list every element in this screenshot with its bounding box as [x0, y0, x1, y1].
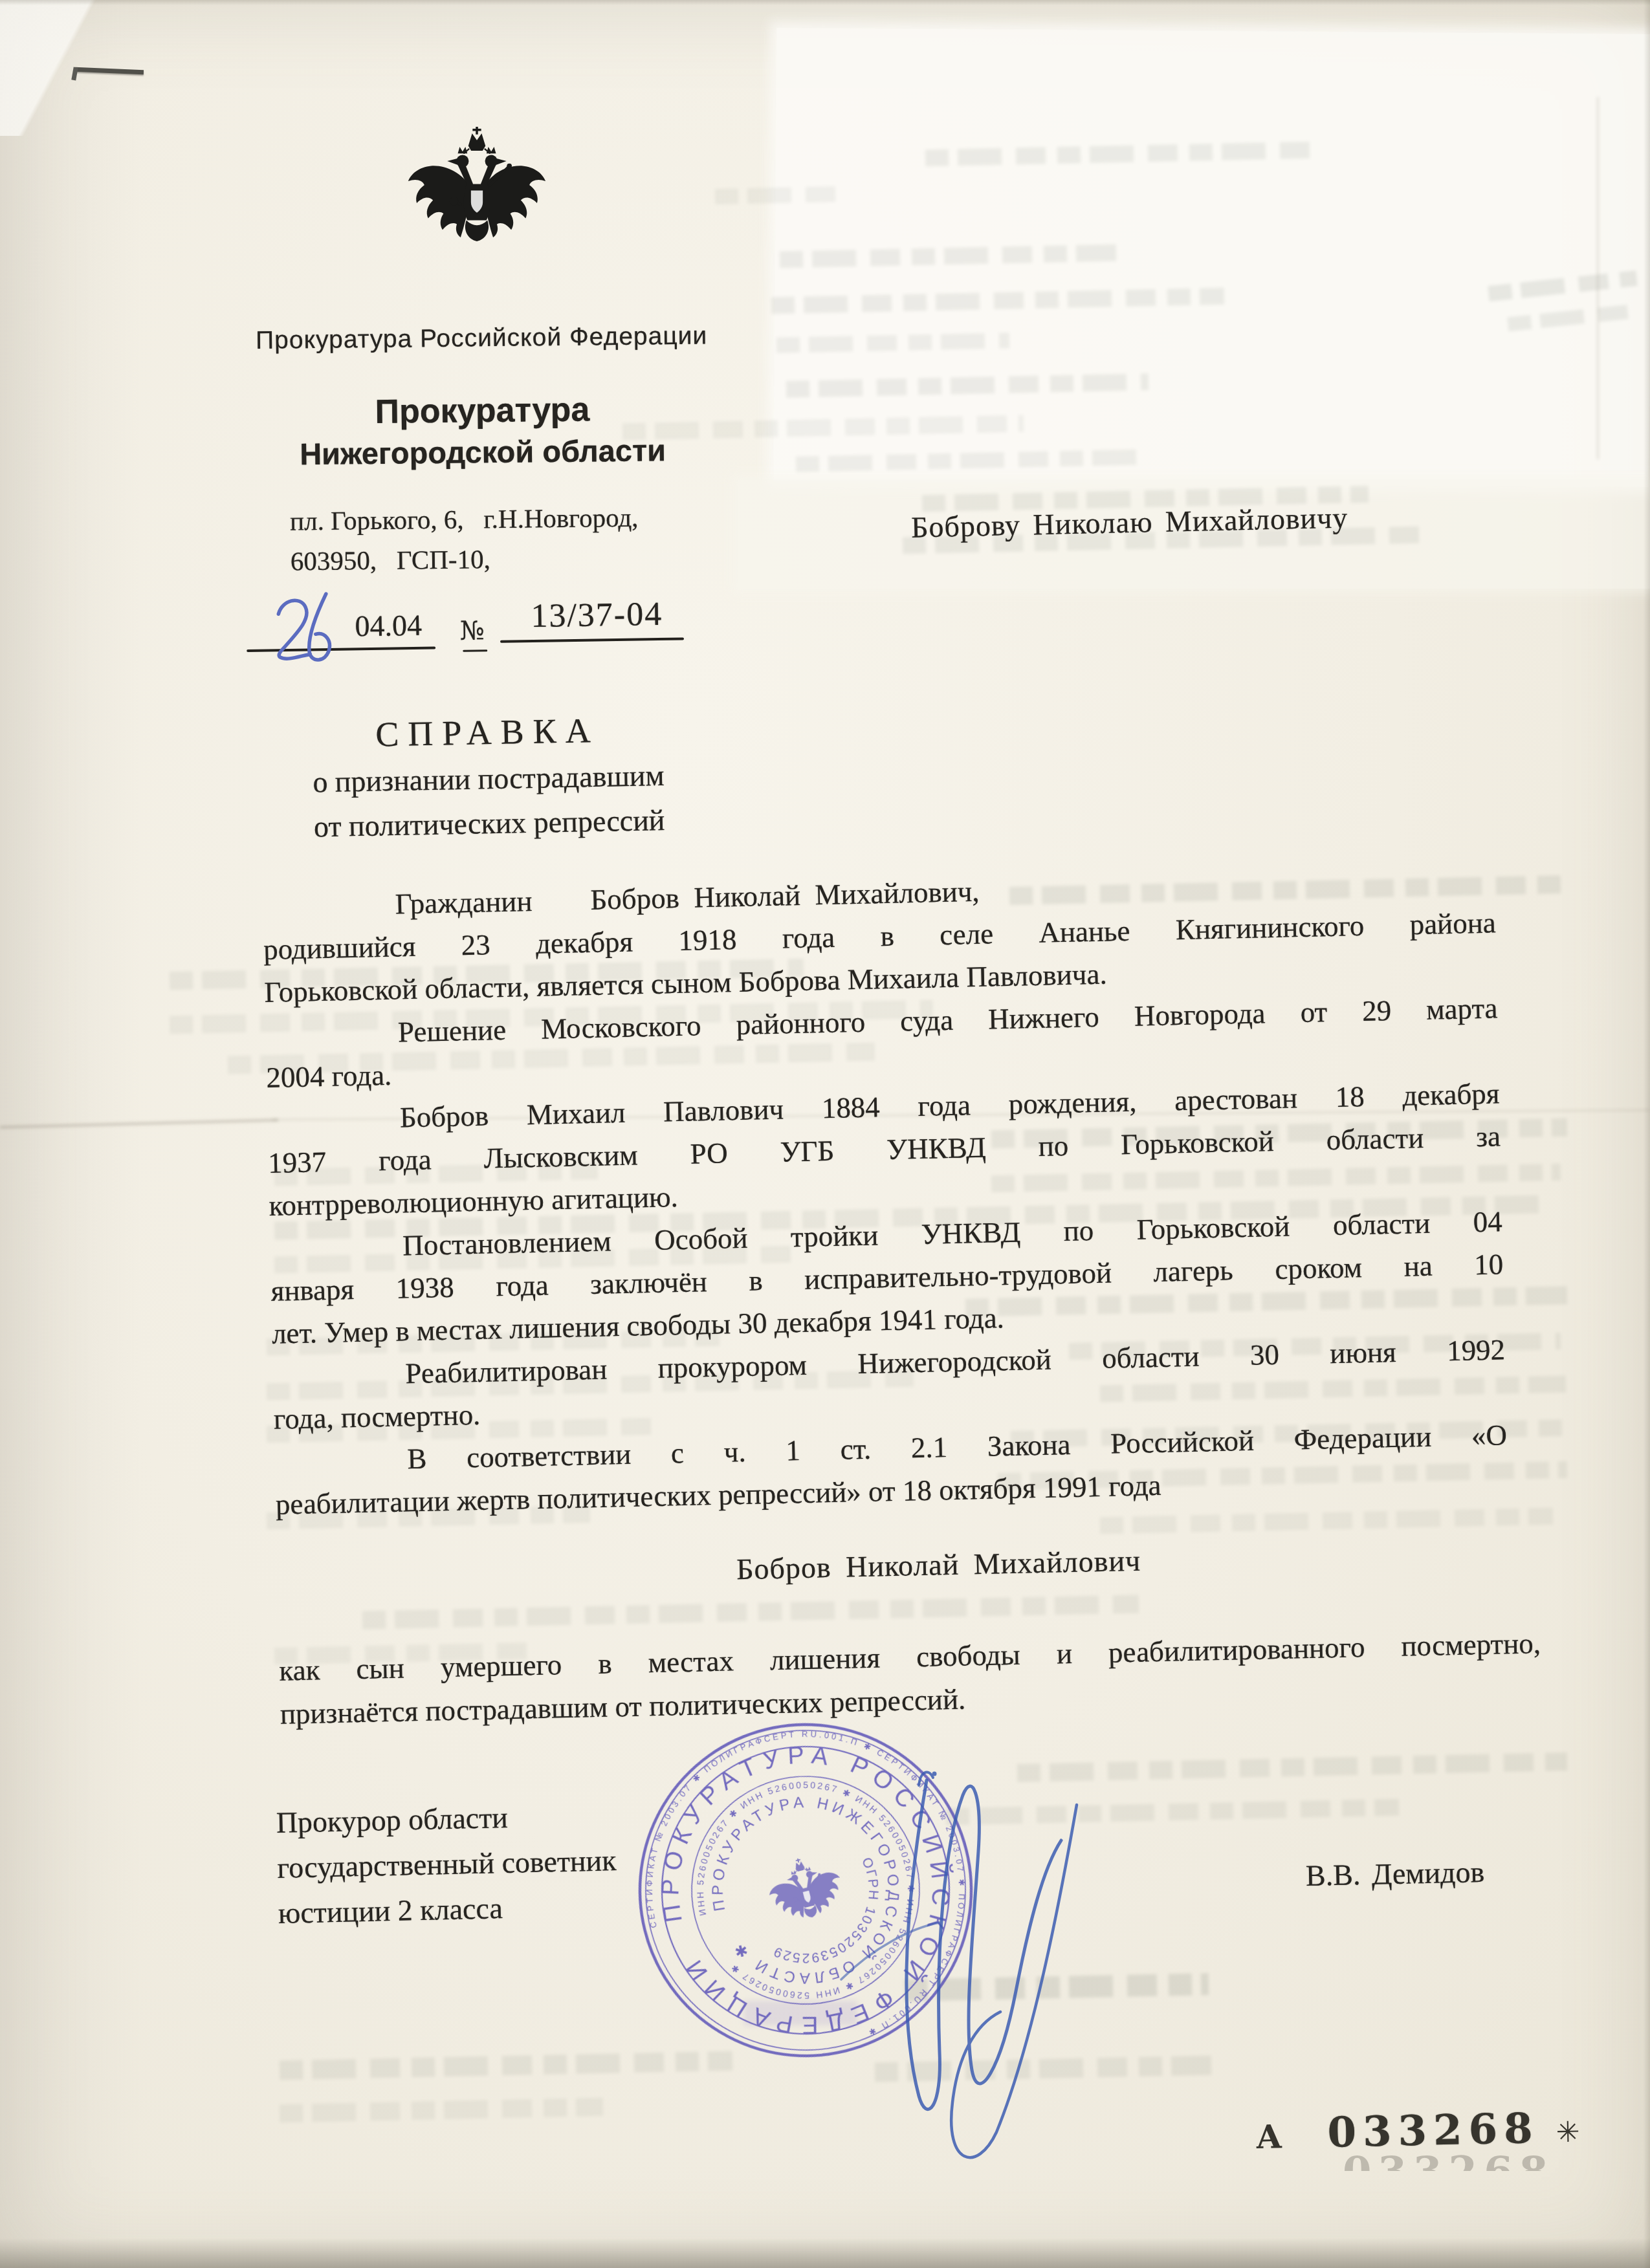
handwritten-day-ink	[267, 589, 346, 668]
signer-name: В.В. Демидов	[1305, 1855, 1484, 1893]
letterhead-address-line2: 603950, ГСП-10,	[291, 541, 714, 577]
stamp-ogrn-text: ОГРН 1035205392529	[753, 1855, 896, 1976]
doc-number-underline	[500, 637, 684, 642]
subject-name-line: Бобров Николай Михайлович	[277, 1532, 1556, 1599]
letterhead: Прокуратура Российской Федерации Прокура…	[251, 322, 714, 577]
letterhead-address-line1: пл. Горького, 6, г.Н.Новгород,	[290, 501, 714, 537]
date-field: 04.04	[355, 608, 422, 644]
russia-coat-of-arms-icon	[396, 127, 558, 279]
number-sign: №	[459, 616, 485, 646]
body-text: Бобров Николай Михайлович как сын умерше…	[262, 860, 1513, 1747]
number-sign-underline	[463, 649, 487, 652]
scan-shadow-bottom	[0, 2238, 1650, 2268]
serial-series-letter: А	[1255, 2117, 1282, 2156]
document-number: 13/37-04	[531, 595, 663, 635]
title-word: СПРАВКА	[259, 708, 716, 757]
letterhead-federal-line: Прокуратура Российской Федерации	[251, 322, 712, 355]
serial-asterisk-icon: ✳	[1556, 2117, 1580, 2149]
scan-shadow-right	[1644, 0, 1650, 2268]
document-title: СПРАВКА о признании пострадавшим от поли…	[259, 708, 718, 845]
stamp-eagle-icon	[762, 1850, 848, 1926]
letterhead-org-line2: Нижегородской области	[252, 432, 714, 472]
letterhead-org-line1: Прокуратура	[252, 389, 713, 433]
bleed-through-strip	[715, 186, 838, 204]
scanned-document-page: { "document": { "letterhead": { "federal…	[0, 0, 1650, 2268]
scan-edge-tint	[0, 0, 142, 2268]
title-subline1: о признании пострадавшим	[259, 757, 717, 800]
date-and-number-block: 04.04 № 13/37-04 26	[246, 594, 713, 679]
scan-shadow-top	[0, 0, 1650, 5]
